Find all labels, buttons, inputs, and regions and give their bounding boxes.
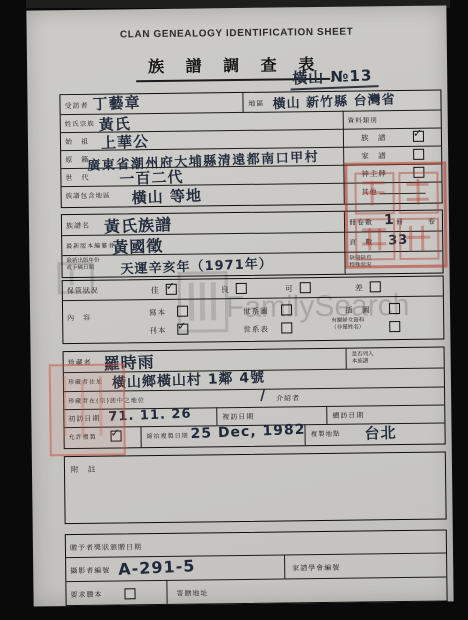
ancestor-value-handwritten: 上華公 [101, 130, 150, 153]
content-manuscript-label: 寫本 [149, 307, 166, 318]
content-pedigree-table-label: 世系表 [243, 324, 269, 335]
material-type-header: 資料類別 [348, 115, 378, 124]
content-printed-label: 刊本 [149, 325, 166, 336]
photographed-microfilm-frame: CLAN GENEALOGY IDENTIFICATION SHEET 族 譜 … [0, 0, 468, 620]
interviewee-label: 受訪者 [64, 101, 88, 111]
condition-ok-label: 可 [285, 283, 294, 294]
included-in-genealogy-label: 是否列入本族譜 [352, 351, 374, 365]
pink-seal-stamp [49, 363, 126, 456]
condition-fair-label: 良 [221, 284, 230, 295]
condition-good-label: 佳 [151, 285, 160, 296]
condition-poor-label: 差 [355, 282, 364, 293]
interviewee-value-handwritten: 丁藝章 [92, 92, 141, 115]
checkbox-condition-fair [236, 283, 247, 294]
introducer-slash-handwritten: ∕ [260, 388, 267, 404]
clan-label: 姓氏宗族 [65, 119, 95, 128]
red-seal-stamp [344, 161, 447, 268]
coverage-value-handwritten: 橫山 等地 [131, 185, 202, 209]
film-date-value-handwritten: 25 Dec, 1982 [190, 422, 305, 442]
section-condition-content: 保管狀況 佳 ✓ 良 可 差 內 容 寫本 世系圖 插 圖 刊本 ✓ 世系表 有… [62, 276, 445, 345]
content-illustrations-label: 插 圖 [345, 304, 371, 315]
content-women-label: 有關婦女資料（非僅姓名） [331, 317, 364, 331]
genealogy-name-label: 族譜名 [66, 221, 90, 231]
film-place-label: 複製地點 [311, 429, 341, 438]
society-number-label: 家譜學會編號 [292, 563, 340, 574]
checkbox-jiapu [413, 149, 424, 160]
film-date-label: 縮拍複製日期 [147, 431, 189, 441]
introducer-label: 介紹者 [276, 393, 300, 403]
checkbox-zupu: ✓ [413, 131, 424, 142]
checkbox-printed: ✓ [177, 324, 188, 335]
page-code-handwritten: 橫山 №13 [290, 64, 379, 88]
checkbox-pedigree-table [281, 322, 292, 333]
section-cataloging: 贈予者獎狀頒贈日期 攝影者編號 A-291-5 家譜學會編號 要求謄本 寄贈地址 [65, 529, 448, 606]
mailing-address-label: 寄贈地址 [176, 588, 208, 598]
coverage-label: 族譜包含地區 [66, 191, 111, 201]
content-pedigree-chart-label: 世系圖 [243, 306, 269, 317]
followup-visit-label: 續訪日期 [332, 410, 364, 420]
material-zupu-label: 族 譜 [361, 132, 387, 143]
area-label: 地區 [248, 99, 264, 109]
checkbox-request-transcript [124, 588, 135, 599]
generations-label: 世 代 [65, 173, 89, 183]
condition-label: 保管狀況 [67, 286, 99, 296]
photographer-number-label: 攝影者編號 [70, 566, 110, 576]
checkbox-condition-poor [370, 281, 381, 292]
photographer-number-value-handwritten: A-291-5 [118, 556, 196, 579]
section-notes: 附 註 [64, 451, 447, 524]
ancestor-label: 始 祖 [65, 137, 89, 147]
area-value-handwritten: 橫山 新竹縣 台灣省 [272, 88, 396, 112]
checkbox-condition-good: ✓ [166, 284, 177, 295]
donor-award-date-label: 贈予者獎狀頒贈日期 [70, 542, 142, 553]
pubdate-label: 最新出版年份或手稿日期 [66, 258, 99, 272]
film-place-value-handwritten: 台北 [364, 422, 397, 444]
checkbox-condition-ok [300, 282, 311, 293]
origin-label: 原 籍 [65, 155, 89, 165]
content-label: 內 容 [67, 313, 91, 323]
english-header: CLAN GENEALOGY IDENTIFICATION SHEET [27, 25, 447, 41]
notes-label: 附 註 [71, 464, 97, 475]
checkbox-manuscript [177, 306, 188, 317]
compiler-value-handwritten: 黃國徵 [112, 233, 164, 258]
checkbox-women-data [389, 321, 400, 332]
material-jiapu-label: 家 譜 [361, 150, 387, 161]
scanned-form-page: CLAN GENEALOGY IDENTIFICATION SHEET 族 譜 … [26, 5, 453, 606]
checkbox-illustrations [389, 303, 400, 314]
checkbox-pedigree-chart [281, 304, 292, 315]
revisit-label: 複訪日期 [222, 412, 254, 422]
compiler-label: 最新版本編纂者 [66, 241, 115, 251]
request-transcript-label: 要求謄本 [70, 590, 102, 600]
